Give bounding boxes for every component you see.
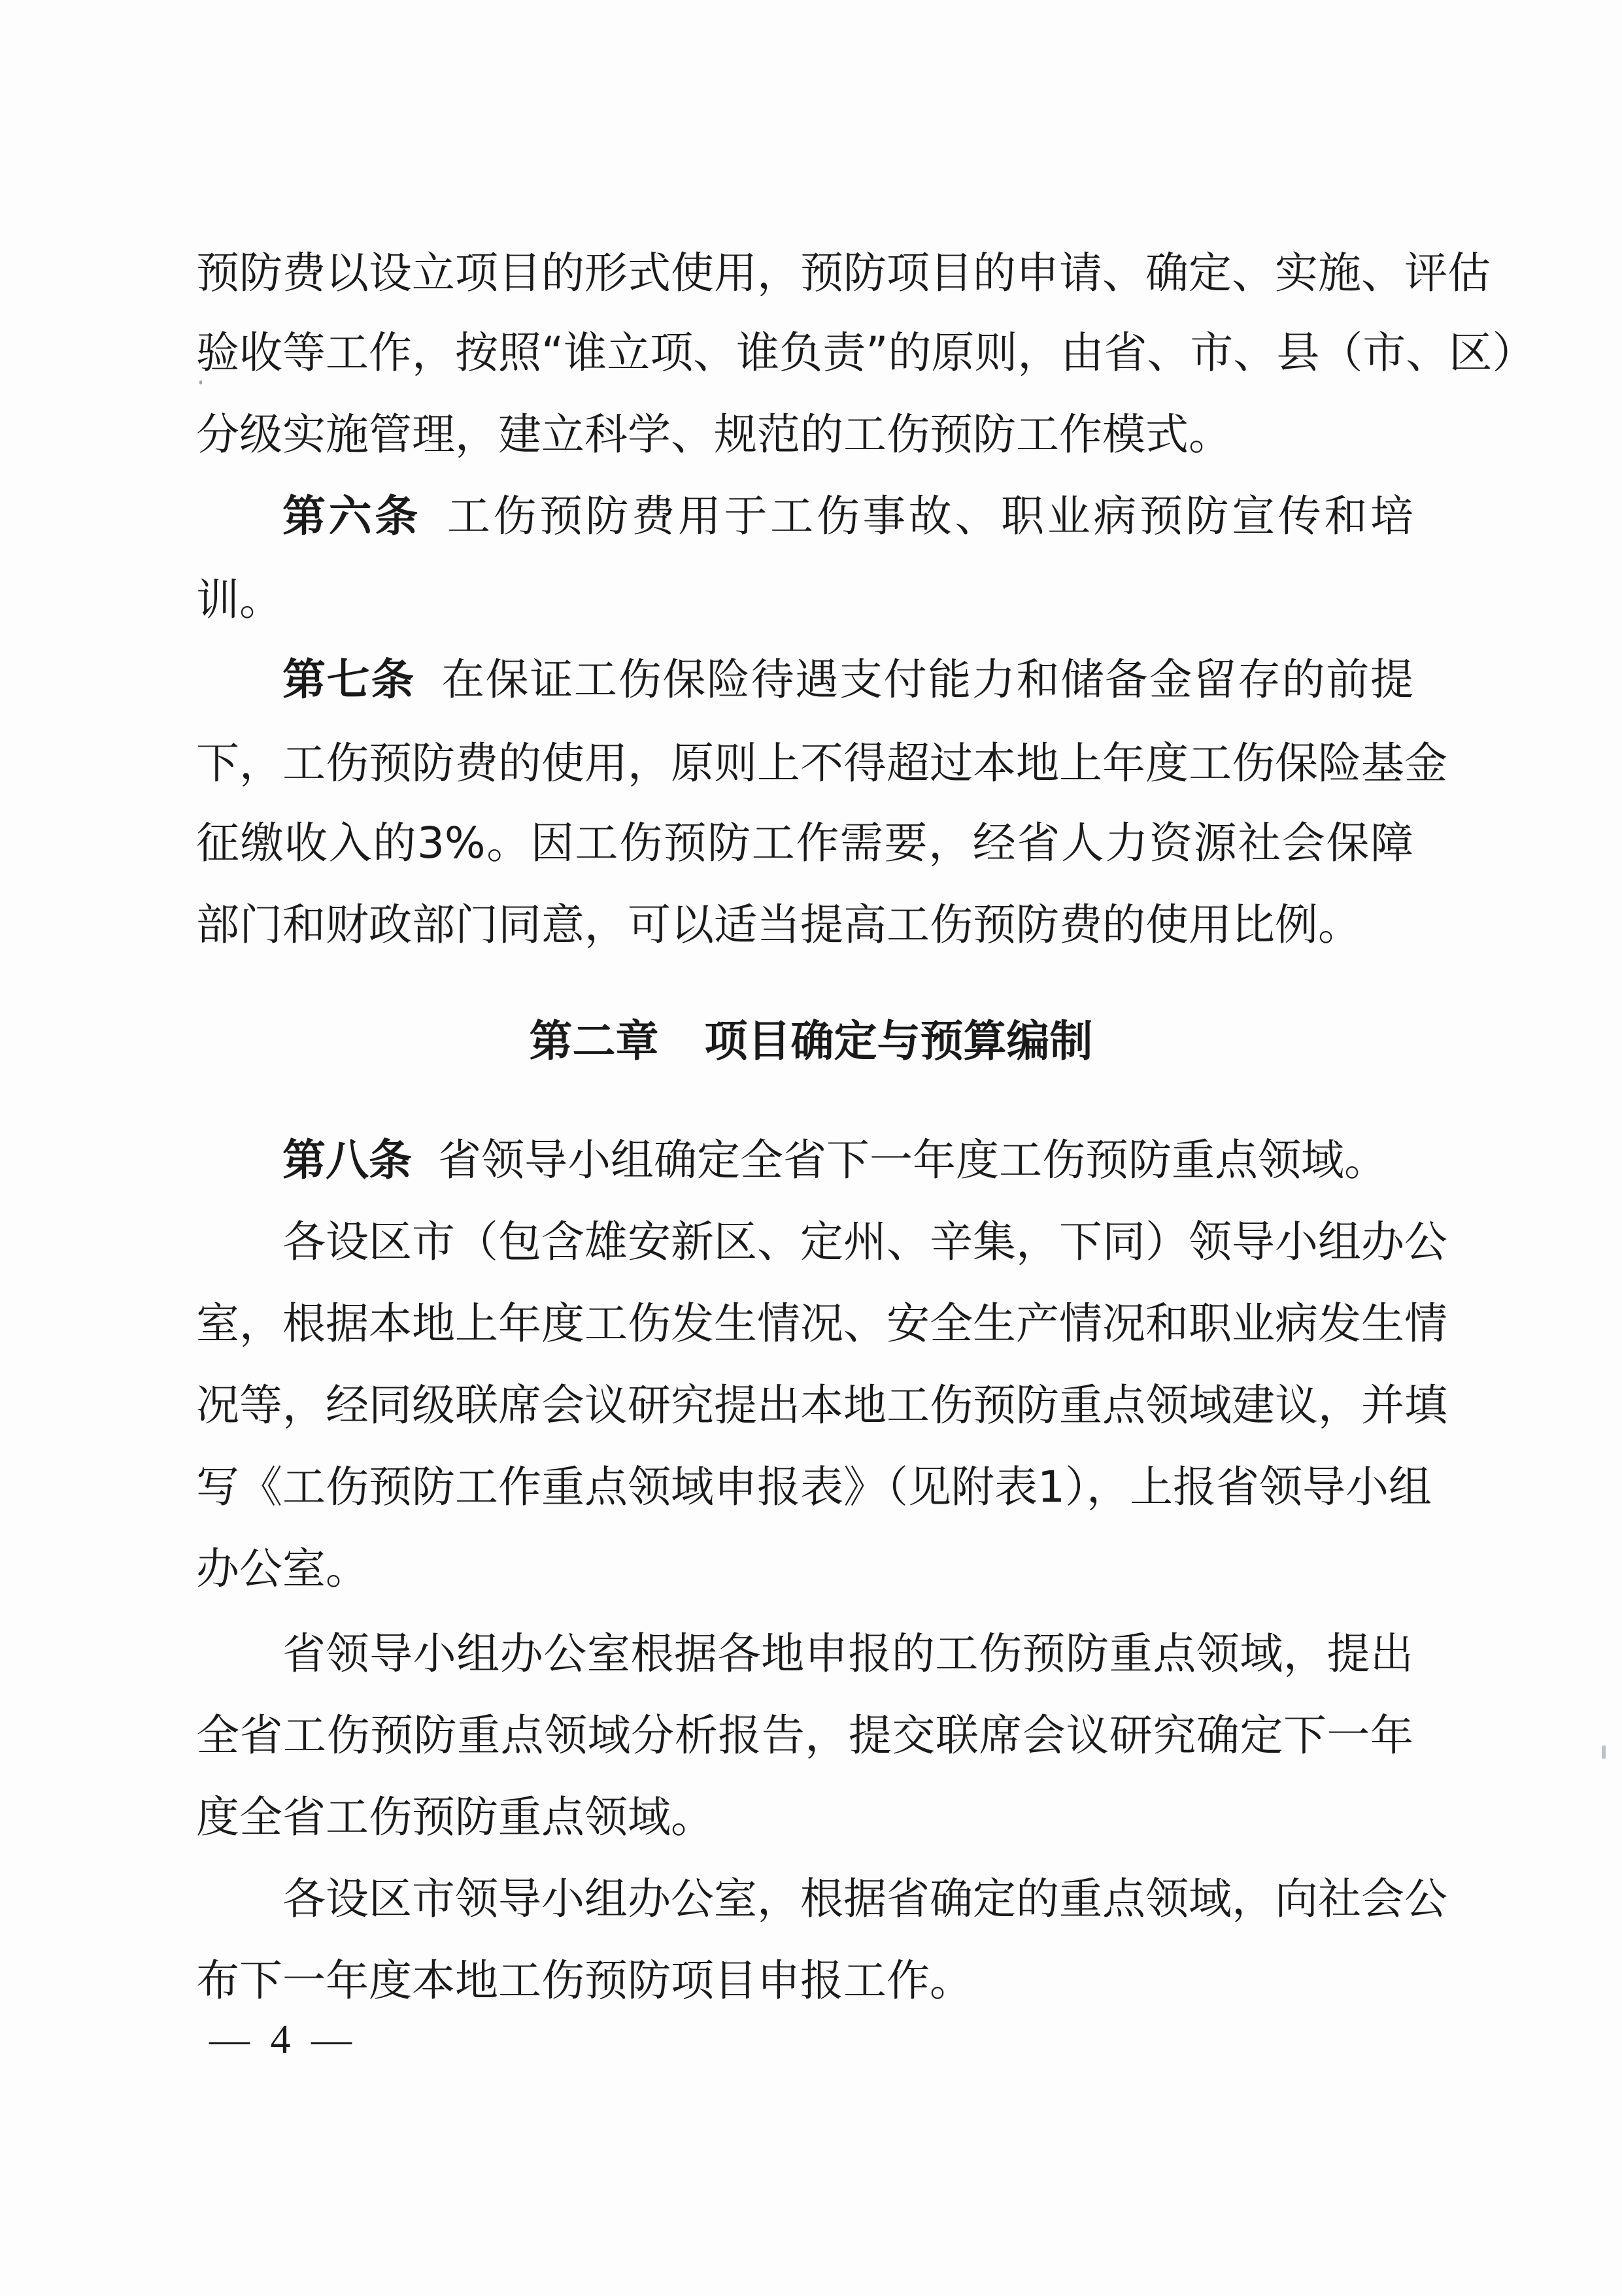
text-line: 写《工伤预防工作重点领域申报表》（见附表1），上报省领导小组 (196, 1451, 1413, 1523)
text-line: 第七条在保证工伤保险待遇支付能力和储备金留存的前提 (282, 644, 1413, 716)
scan-speck (199, 380, 202, 384)
chapter-heading: 第二章项目确定与预算编制 (0, 1005, 1622, 1077)
text-line: 全省工伤预防重点领域分析报告，提交联席会议研究确定下一年 (196, 1700, 1413, 1772)
article-label: 第六条 (282, 491, 421, 541)
text-line: 各设区市领导小组办公室，根据省确定的重点领域，向社会公 (282, 1863, 1413, 1935)
text-line: 征缴收入的3%。因工伤预防工作需要，经省人力资源社会保障 (196, 807, 1413, 879)
text-line: 各设区市（包含雄安新区、定州、辛集，下同）领导小组办公 (282, 1206, 1413, 1278)
text-line: 分级实施管理，建立科学、规范的工伤预防工作模式。 (196, 399, 1413, 471)
text-line: 室，根据本地上年度工伤发生情况、安全生产情况和职业病发生情 (196, 1288, 1413, 1360)
text-line: 况等，经同级联席会议研究提出本地工伤预防重点领域建议，并填 (196, 1370, 1413, 1442)
text-line: 布下一年度本地工伤预防项目申报工作。 (196, 1945, 1413, 2017)
text-line: 度全省工伤预防重点领域。 (196, 1781, 1413, 1853)
text-line: 省领导小组办公室根据各地申报的工伤预防重点领域，提出 (282, 1618, 1413, 1690)
article-label: 第七条 (282, 654, 415, 705)
text-line: 预防费以设立项目的形式使用，预防项目的申请、确定、实施、评估 (196, 237, 1413, 309)
text-line: 第八条省领导小组确定全省下一年度工伤预防重点领域。 (282, 1124, 1413, 1196)
article-text: 省领导小组确定全省下一年度工伤预防重点领域。 (438, 1135, 1387, 1185)
text-line: 训。 (196, 564, 1413, 636)
text-line: 下，工伤预防费的使用，原则上不得超过本地上年度工伤保险基金 (196, 728, 1413, 800)
article-label: 第八条 (282, 1135, 412, 1185)
page-number: — 4 — (209, 2017, 357, 2063)
text-line: 验收等工作，按照“谁立项、谁负责”的原则，由省、市、县（市、区） (196, 317, 1413, 389)
article-text: 在保证工伤保险待遇支付能力和储备金留存的前提 (441, 654, 1413, 705)
chapter-title: 项目确定与预算编制 (705, 1016, 1093, 1066)
text-line: 第六条工伤预防费用于工伤事故、职业病预防宣传和培 (282, 481, 1413, 552)
scan-speck (1602, 1746, 1606, 1759)
chapter-number: 第二章 (530, 1016, 659, 1066)
text-line: 部门和财政部门同意，可以适当提高工伤预防费的使用比例。 (196, 889, 1413, 961)
text-line: 办公室。 (196, 1533, 1413, 1605)
article-text: 工伤预防费用于工伤事故、职业病预防宣传和培 (447, 491, 1413, 541)
document-page: 预防费以设立项目的形式使用，预防项目的申请、确定、实施、评估 验收等工作，按照“… (0, 0, 1622, 2296)
